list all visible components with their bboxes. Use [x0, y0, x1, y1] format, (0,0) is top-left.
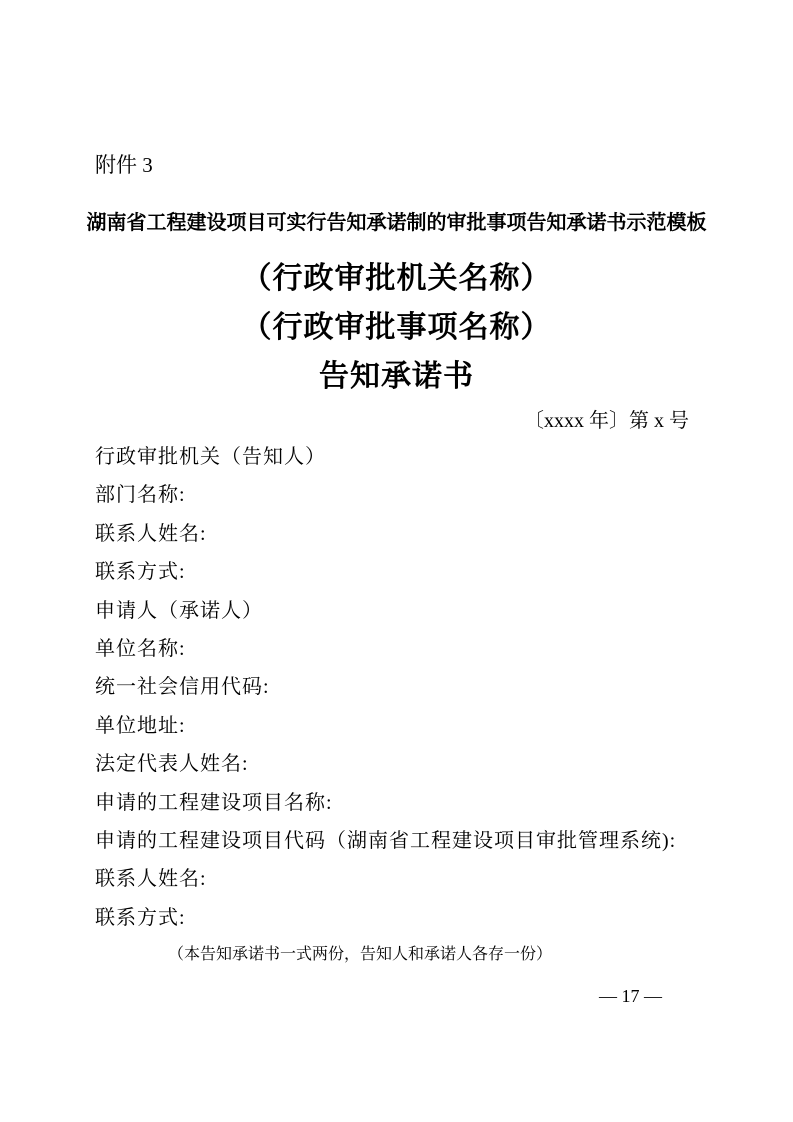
form-line-project-name: 申请的工程建设项目名称:	[95, 784, 703, 822]
form-line-contact-method: 联系方式:	[95, 553, 703, 591]
document-page: 附件 3 湖南省工程建设项目可实行告知承诺制的审批事项告知承诺书示范模板 （行政…	[0, 0, 793, 1122]
form-line-applicant: 申请人（承诺人）	[95, 592, 703, 630]
form-line-unit-name: 单位名称:	[95, 630, 703, 668]
form-line-department-name: 部门名称:	[95, 476, 703, 514]
document-number: 〔xxxx 年〕第 x 号	[524, 406, 689, 436]
form-line-project-code: 申请的工程建设项目代码（湖南省工程建设项目审批管理系统):	[95, 822, 703, 860]
document-subtitle: 湖南省工程建设项目可实行告知承诺制的审批事项告知承诺书示范模板	[60, 211, 733, 236]
form-line-credit-code: 统一社会信用代码:	[95, 668, 703, 706]
form-line-contact-name-2: 联系人姓名:	[95, 860, 703, 898]
attachment-label: 附件 3	[95, 152, 153, 178]
document-title-block: （行政审批机关名称） （行政审批事项名称） 告知承诺书	[0, 254, 793, 401]
title-line-agency-name: （行政审批机关名称）	[0, 254, 793, 303]
form-line-legal-representative: 法定代表人姓名:	[95, 745, 703, 783]
form-body: 行政审批机关（告知人） 部门名称: 联系人姓名: 联系方式: 申请人（承诺人） …	[95, 438, 703, 937]
page-number: — 17 —	[599, 985, 662, 1007]
title-line-item-name: （行政审批事项名称）	[0, 303, 793, 352]
copies-footnote: （本告知承诺书一式两份，告知人和承诺人各存一份）	[168, 944, 552, 966]
form-line-approval-agency: 行政审批机关（告知人）	[95, 438, 703, 476]
title-line-letter-name: 告知承诺书	[0, 352, 793, 401]
form-line-unit-address: 单位地址:	[95, 707, 703, 745]
form-line-contact-name: 联系人姓名:	[95, 515, 703, 553]
form-line-contact-method-2: 联系方式:	[95, 899, 703, 937]
